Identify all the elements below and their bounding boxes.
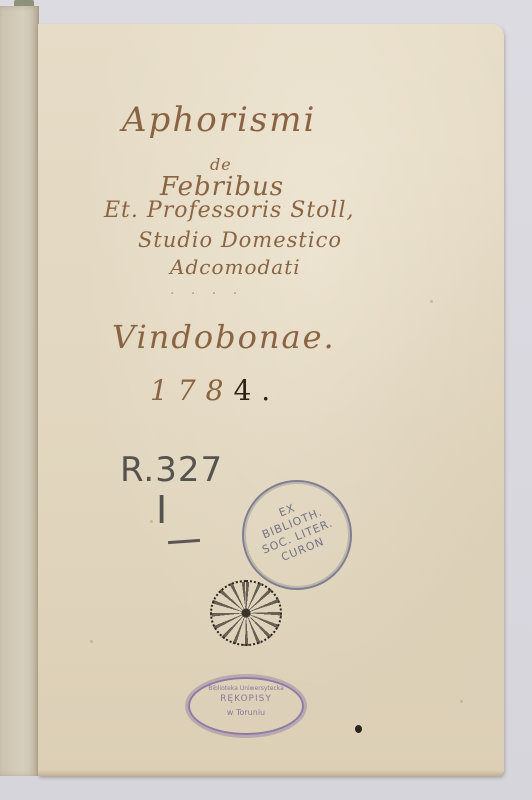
black-seal-stamp-icon [210, 580, 282, 646]
foxing-spot [460, 700, 463, 703]
title-aphorismi: Aphorismi [122, 100, 316, 140]
title-vindobonae: Vindobonae. [112, 318, 336, 356]
stamp-line: w Toruniu [190, 708, 302, 717]
title-professoris-stoll: Et. Professoris Stoll, [104, 198, 355, 223]
title-adcomodati: Adcomodati [170, 255, 301, 279]
oval-library-stamp: Biblioteka Uniwersytecka RĘKOPISY w Toru… [188, 677, 304, 735]
left-flyleaf [0, 6, 39, 776]
foxing-spot [150, 520, 153, 523]
foxing-spot [430, 300, 433, 303]
title-studio-domestico: Studio Domestico [138, 228, 342, 252]
pencil-shelfmark-sub: I [156, 488, 167, 532]
ink-blot [355, 725, 362, 733]
title-year: 1784. [150, 374, 280, 407]
year-last-digit: 4. [233, 374, 280, 407]
title-dots: . . . . [170, 282, 243, 298]
pencil-shelfmark: R.327 [120, 450, 223, 490]
foxing-spot [90, 640, 93, 643]
stamp-line: RĘKOPISY [190, 694, 302, 704]
year-digits: 178 [150, 374, 233, 407]
stamp-line: Biblioteka Uniwersytecka [190, 685, 302, 692]
